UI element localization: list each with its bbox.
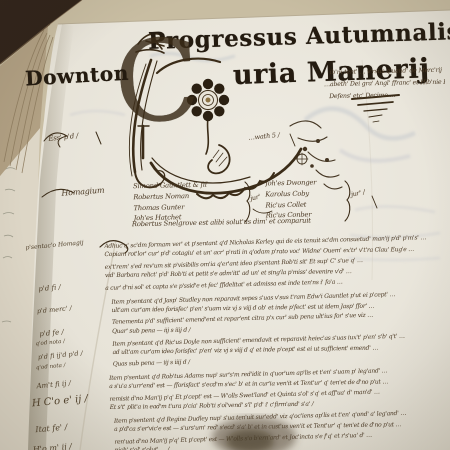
photo-manuscript-page: Progressus Autumnalis C uria Manerij Dow… xyxy=(0,0,450,450)
page-artwork xyxy=(0,0,450,450)
manuscript-page xyxy=(28,10,450,450)
tudor-rose-ornament xyxy=(187,79,229,121)
